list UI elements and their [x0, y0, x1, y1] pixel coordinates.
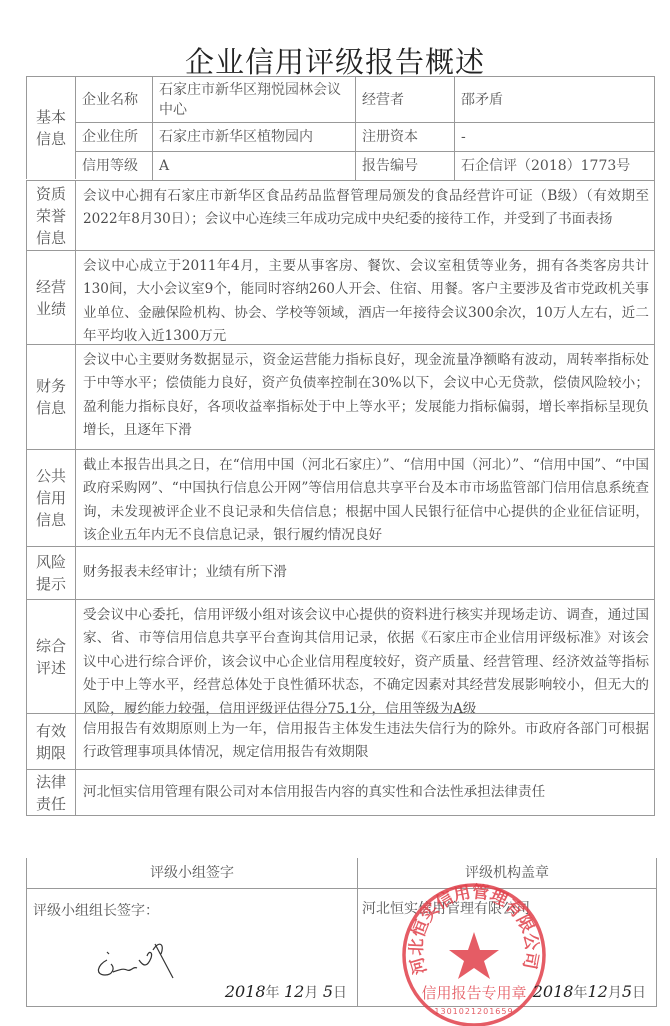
section-financial: 财务信息 会议中心主要财务数据显示，资金运营能力指标良好，现金流量净额略有波动，… [26, 344, 655, 449]
credit-grade: A [153, 152, 356, 180]
rating-team-signature: 评级小组签字 评级小组组长签字： 2018年 12月 5日 [27, 858, 358, 1006]
field-label: 信用等级 [76, 152, 153, 180]
section-label: 综合评述 [26, 600, 76, 713]
field-label: 报告编号 [356, 152, 455, 180]
team-leader-signature-label: 评级小组组长签字： [33, 900, 159, 920]
seal-date: 2018年12月5日 [533, 982, 646, 1002]
section-text: 信用报告有效期原则上为一年，信用报告主体发生违法失信行为的除外。市政府各部门可根… [76, 714, 655, 769]
section-text: 受会议中心委托，信用评级小组对该会议中心提供的资料进行核实并现场走访、调查，通过… [76, 600, 655, 713]
section-label: 有效期限 [26, 714, 76, 769]
section-business-performance: 经营业绩 会议中心成立于2011年4月，主要从事客房、餐饮、会议室租赁等业务，拥… [26, 250, 655, 344]
company-address: 石家庄市新华区植物园内 [153, 123, 356, 151]
basic-info-section: 基本信息 企业名称 石家庄市新华区翔悦园林会议中心 经营者 邵矛盾 企业住所 石… [26, 76, 655, 180]
field-label: 企业名称 [76, 77, 153, 122]
agency-seal: 评级机构盖章 河北恒实信用管理有限公司 河北恒实信用管理有限公司 信用报告专用章… [358, 858, 656, 1006]
field-label: 企业住所 [76, 123, 153, 151]
official-stamp-icon: 河北恒实信用管理有限公司 信用报告专用章 1301021201659 [399, 880, 549, 1026]
section-text: 截止本报告出具之日，在“信用中国（河北石家庄）”、“信用中国（河北）”、“信用中… [76, 450, 655, 546]
report-table: 基本信息 企业名称 石家庄市新华区翔悦园林会议中心 经营者 邵矛盾 企业住所 石… [26, 76, 655, 816]
basic-row: 企业住所 石家庄市新华区植物园内 注册资本 - [76, 122, 654, 151]
section-summary: 综合评述 受会议中心委托，信用评级小组对该会议中心提供的资料进行核实并现场走访、… [26, 599, 655, 713]
report-number: 石企信评（2018）1773号 [455, 152, 654, 180]
signature-header: 评级小组签字 [27, 858, 357, 889]
basic-row: 信用等级 A 报告编号 石企信评（2018）1773号 [76, 151, 654, 180]
section-text: 财务报表未经审计；业绩有所下滑 [76, 547, 655, 599]
section-validity: 有效期限 信用报告有效期原则上为一年，信用报告主体发生违法失信行为的除外。市政府… [26, 713, 655, 769]
svg-text:1301021201659: 1301021201659 [434, 1007, 513, 1016]
section-text: 会议中心成立于2011年4月，主要从事客房、餐饮、会议室租赁等业务，拥有各类客房… [76, 251, 655, 344]
handwritten-signature-icon [87, 930, 197, 985]
section-label: 法律责任 [26, 770, 76, 815]
section-label: 风险提示 [26, 547, 76, 599]
company-name: 石家庄市新华区翔悦园林会议中心 [153, 77, 356, 122]
registered-capital: - [455, 123, 654, 151]
section-label: 财务信息 [26, 345, 76, 449]
section-label: 基本信息 [26, 77, 76, 179]
section-text: 会议中心主要财务数据显示，资金运营能力指标良好，现金流量净额略有波动，周转率指标… [76, 345, 655, 449]
signature-date: 2018年 12月 5日 [225, 982, 347, 1002]
section-public-credit: 公共信用信息 截止本报告出具之日，在“信用中国（河北石家庄）”、“信用中国（河北… [26, 449, 655, 546]
svg-text:信用报告专用章: 信用报告专用章 [421, 984, 526, 1002]
section-qualification: 资质荣誉信息 会议中心拥有石家庄市新华区食品药品监督管理局颁发的食品经营许可证（… [26, 180, 655, 250]
section-legal: 法律责任 河北恒实信用管理有限公司对本信用报告内容的真实性和合法性承担法律责任 [26, 769, 655, 816]
section-label: 资质荣誉信息 [26, 181, 76, 250]
operator-name: 邵矛盾 [455, 77, 654, 122]
basic-row: 企业名称 石家庄市新华区翔悦园林会议中心 经营者 邵矛盾 [76, 77, 654, 122]
field-label: 经营者 [356, 77, 455, 122]
section-label: 经营业绩 [26, 251, 76, 344]
document-title: 企业信用评级报告概述 [0, 40, 670, 81]
field-label: 注册资本 [356, 123, 455, 151]
section-label: 公共信用信息 [26, 450, 76, 546]
section-text: 会议中心拥有石家庄市新华区食品药品监督管理局颁发的食品经营许可证（B级）（有效期… [76, 181, 655, 250]
signature-section: 评级小组签字 评级小组组长签字： 2018年 12月 5日 评级机构盖章 河北恒… [26, 858, 657, 1007]
section-risk: 风险提示 财务报表未经审计；业绩有所下滑 [26, 546, 655, 599]
section-text: 河北恒实信用管理有限公司对本信用报告内容的真实性和合法性承担法律责任 [76, 770, 655, 815]
